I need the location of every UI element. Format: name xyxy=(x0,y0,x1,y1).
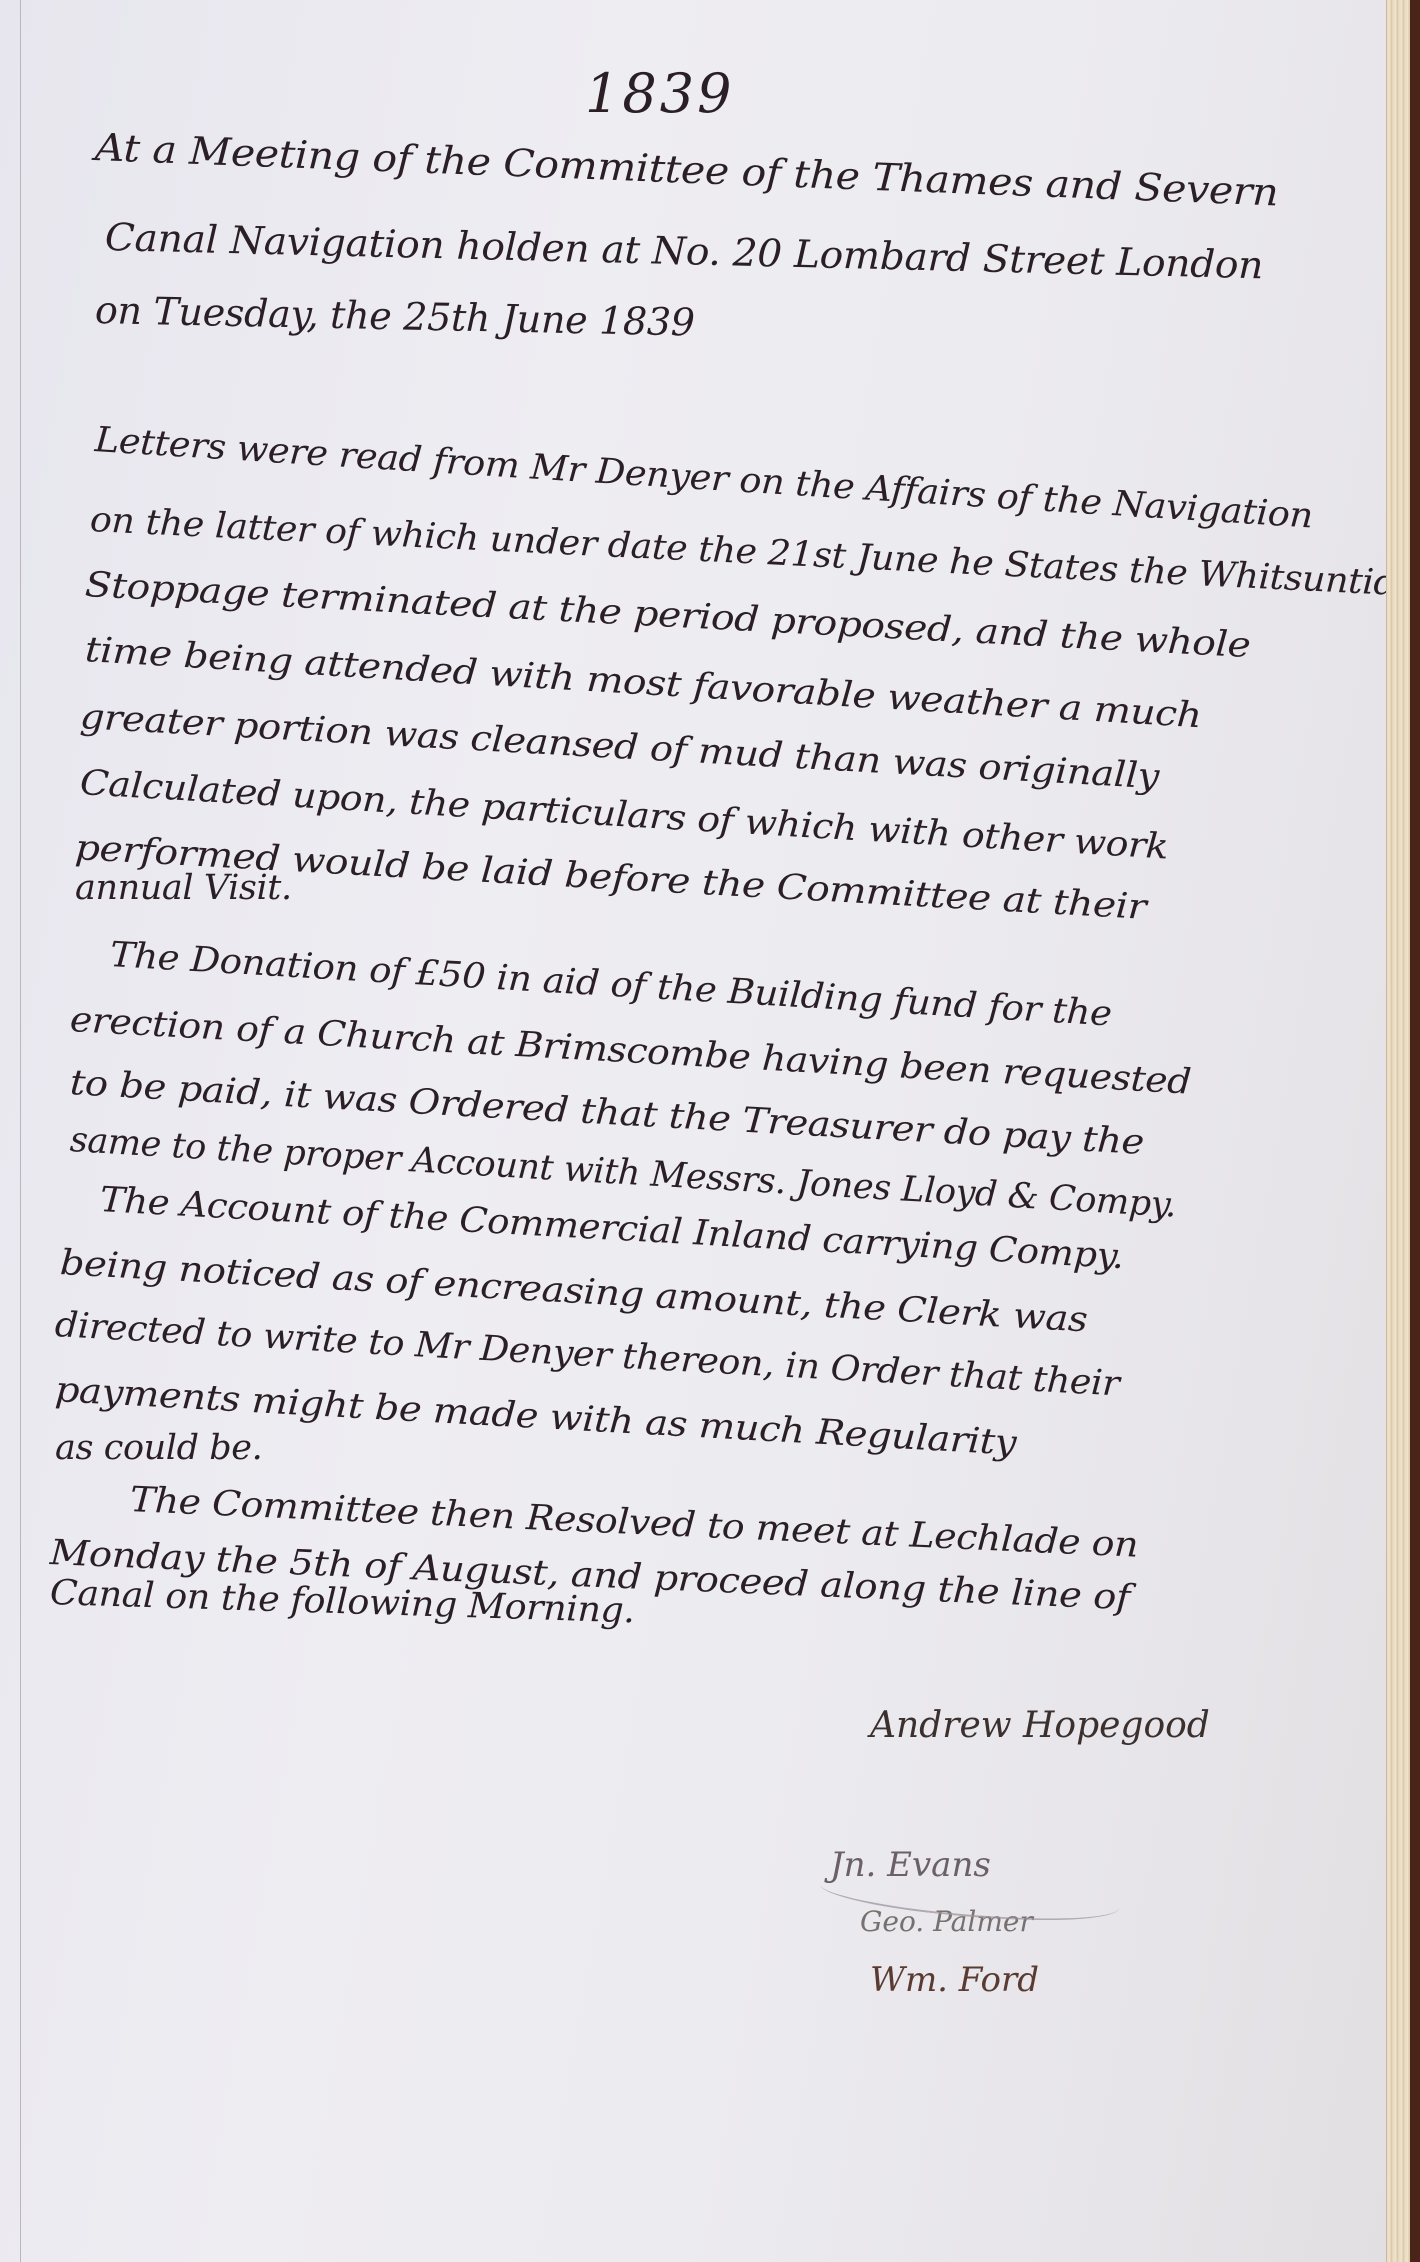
page-edges xyxy=(1386,0,1413,2262)
margin-rule xyxy=(20,0,21,2262)
year-heading: 1839 xyxy=(585,62,734,125)
meeting-header-line-2: Canal Navigation holden at No. 20 Lombar… xyxy=(104,215,1263,287)
book-cover xyxy=(1410,0,1420,2262)
minutes-line: as could be. xyxy=(55,1428,262,1468)
meeting-header-line-1: At a Meeting of the Committee of the Tha… xyxy=(94,125,1279,214)
ledger-photo: 1839 At a Meeting of the Committee of th… xyxy=(0,0,1420,2262)
ledger-page: 1839 At a Meeting of the Committee of th… xyxy=(0,0,1388,2262)
signature-wm-ford: Wm. Ford xyxy=(870,1960,1039,2000)
signature-andrew-hopegood: Andrew Hopegood xyxy=(870,1705,1210,1746)
minutes-line: annual Visit. xyxy=(75,868,292,908)
meeting-header-line-3: on Tuesday, the 25th June 1839 xyxy=(95,288,696,345)
